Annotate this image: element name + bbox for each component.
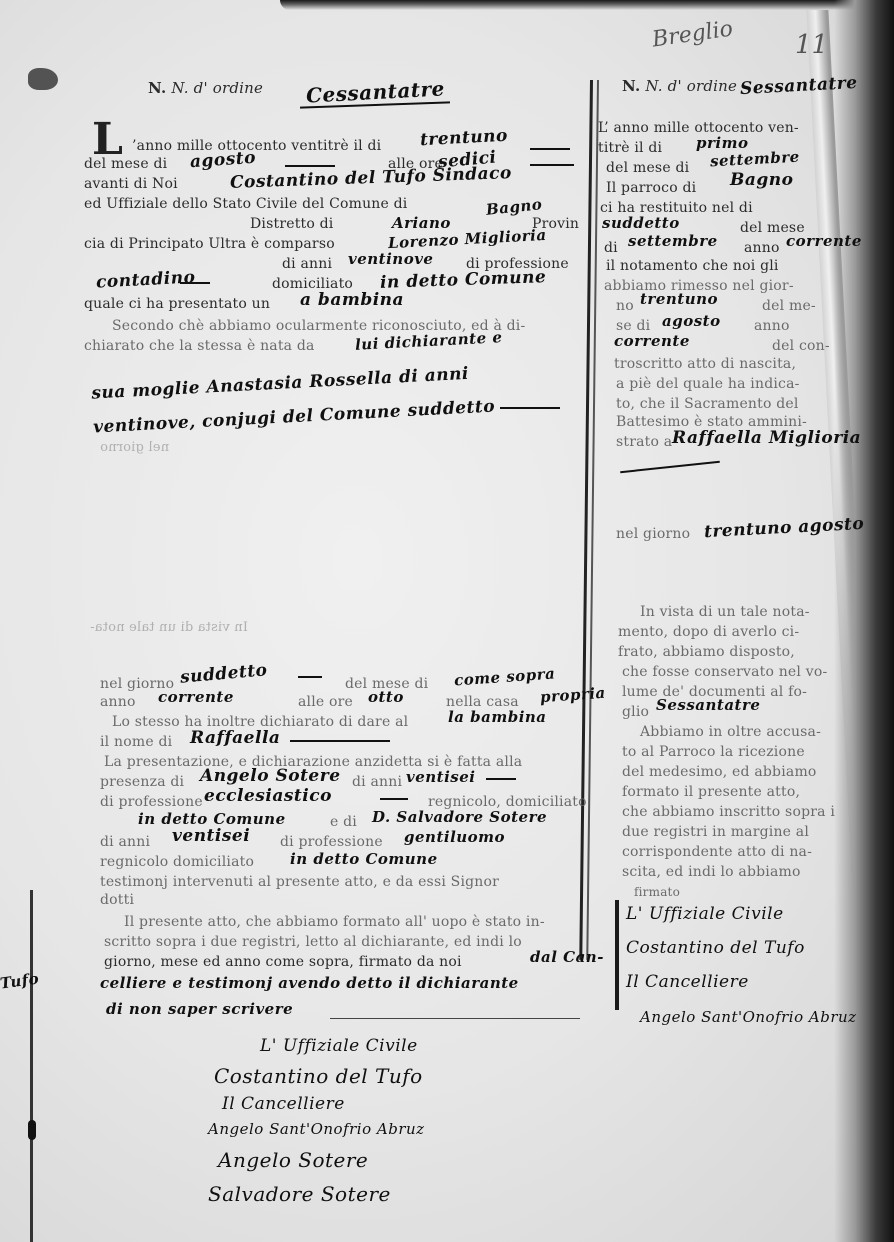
signature: Il Cancelliere — [222, 1094, 345, 1114]
handwritten-month: agosto — [189, 148, 256, 173]
printed-line: In vista di un tale nota- — [640, 604, 810, 620]
signature: L' Uffiziale Civile — [626, 904, 784, 924]
underline — [285, 165, 335, 167]
handwritten-domicile: in detto Comune — [380, 267, 547, 293]
handwritten-house: propria — [539, 684, 606, 707]
order-label: N. N. d' ordine — [148, 80, 263, 96]
printed-line: firmato — [634, 884, 680, 900]
printed-line: del con- — [772, 338, 830, 354]
document-page: Breglio 11 N. N. d' ordine Cessantatre L… — [0, 0, 894, 1242]
page-edge-shadow — [834, 0, 894, 1242]
bleed-through-text: In vista di un tale nota- — [90, 620, 248, 636]
handwritten-profession: contadino — [96, 267, 196, 292]
printed-line: to al Parroco la ricezione — [622, 744, 805, 760]
printed-line: scita, ed indi lo abbiamo — [622, 864, 801, 880]
printed-line: del mese di — [606, 160, 689, 176]
handwritten-witness1-profession: ecclesiastico — [204, 786, 332, 806]
printed-line: strato a — [616, 434, 672, 450]
printed-line: ed Uffiziale dello Stato Civile del Comu… — [84, 196, 408, 212]
ink-blot — [28, 68, 58, 90]
printed-line: di anni — [100, 834, 150, 850]
printed-line: di anni — [352, 774, 402, 790]
printed-line: presenza di — [100, 774, 184, 790]
printed-line: del medesimo, ed abbiamo — [622, 764, 817, 780]
printed-line: il notamento che noi gli — [606, 258, 779, 274]
printed-line: chiarato che la stessa è nata da — [84, 338, 315, 354]
handwritten-witness2-age: ventisei — [172, 826, 250, 846]
page-number: 11 — [795, 30, 828, 60]
handwritten-month: come sopra — [453, 664, 555, 689]
printed-line: e di — [330, 814, 357, 830]
handwritten-witness1-age: ventisei — [406, 768, 475, 786]
printed-line: avanti di Noi — [84, 176, 178, 192]
printed-line: Il parroco di — [606, 180, 696, 196]
signature: Angelo Sant'Onofrio Abruz — [208, 1120, 425, 1138]
printed-line: mento, dopo di averlo ci- — [618, 624, 799, 640]
printed-line: giorno, mese ed anno come sopra, firmato… — [104, 954, 462, 970]
underline — [180, 282, 210, 284]
archive-place-mark: Breglio — [651, 16, 735, 52]
printed-line: ’anno mille ottocento ventitrè il di — [132, 138, 381, 154]
printed-line: a piè del quale ha indica- — [616, 376, 800, 392]
handwritten-closing: di non saper scrivere — [106, 1000, 293, 1018]
printed-line: anno — [754, 318, 790, 334]
printed-line: di anni — [282, 256, 332, 272]
printed-line: cia di Principato Ultra è comparso — [84, 236, 335, 252]
column-rule — [615, 900, 619, 1010]
printed-line: formato il presente atto, — [622, 784, 800, 800]
ink-blot — [28, 1120, 36, 1140]
handwritten-closing: celliere e testimonj avendo detto il dic… — [100, 974, 519, 992]
underline — [290, 740, 390, 742]
binding-line — [30, 890, 33, 1242]
handwritten-closing: dal Can- — [530, 948, 604, 966]
printed-line: del me- — [762, 298, 816, 314]
handwritten-age: ventinove — [348, 250, 433, 268]
signature: Il Cancelliere — [626, 972, 749, 992]
printed-line: quale ci ha presentato un — [84, 296, 270, 312]
handwritten-baptized: Raffaella Miglioria — [672, 428, 861, 448]
handwritten-name: Raffaella — [190, 728, 280, 748]
handwritten-witness2-profession: gentiluomo — [404, 828, 505, 846]
handwritten-folio: Sessantatre — [656, 696, 760, 714]
signature: Angelo Sant'Onofrio Abruz — [640, 1008, 857, 1026]
signature: Salvadore Sotere — [208, 1182, 391, 1206]
underline — [486, 778, 516, 780]
handwritten-parents: sua moglie Anastasia Rossella di anni ve… — [91, 351, 574, 444]
handwritten-day: primo — [696, 134, 748, 152]
printed-line: Il presente atto, che abbiamo formato al… — [124, 914, 545, 930]
underline — [530, 148, 570, 150]
underline — [620, 461, 720, 473]
signature: Costantino del Tufo — [214, 1064, 423, 1088]
printed-line: di — [604, 240, 618, 256]
underline — [298, 676, 322, 678]
printed-line: scritto sopra i due registri, letto al d… — [104, 934, 522, 950]
printed-line: glio — [622, 704, 649, 720]
handwritten-mayor: Costantino del Tufo Sindaco — [230, 163, 512, 193]
printed-line: di professione — [100, 794, 203, 810]
handwritten-return-year: corrente — [786, 232, 862, 250]
underline — [330, 1018, 580, 1019]
signature: Costantino del Tufo — [626, 938, 805, 958]
printed-line: troscritto atto di nascita, — [614, 356, 796, 372]
underline — [530, 164, 574, 166]
handwritten-child: la bambina — [448, 708, 547, 726]
underline — [380, 798, 408, 800]
signature: Angelo Sotere — [218, 1148, 368, 1172]
printed-line: testimonj intervenuti al presente atto, … — [100, 874, 499, 890]
printed-line: che abbiamo inscritto sopra i — [622, 804, 835, 820]
handwritten-hour: otto — [368, 688, 404, 706]
handwritten-return-month: settembre — [628, 232, 718, 250]
page-top-shadow — [280, 0, 860, 10]
printed-line: due registri in margine al — [622, 824, 809, 840]
handwritten-return-day: suddetto — [602, 214, 680, 232]
underline — [500, 407, 560, 409]
handwritten-parish: Bagno — [730, 170, 793, 190]
handwritten-notice-day: trentuno — [640, 290, 718, 308]
printed-line: frato, abbiamo disposto, — [618, 644, 795, 660]
handwritten-district: Ariano — [392, 214, 451, 232]
printed-line: anno — [744, 240, 780, 256]
handwritten-witness2: D. Salvadore Sotere — [372, 808, 547, 826]
handwritten-presented: a bambina — [300, 290, 404, 310]
margin-note: Tufo — [0, 969, 40, 992]
handwritten-notice-year: corrente — [614, 332, 690, 350]
handwritten-witness1: Angelo Sotere — [200, 766, 341, 786]
printed-line: titrè il di — [598, 140, 662, 156]
printed-line: Abbiamo in oltre accusa- — [640, 724, 821, 740]
printed-line: nel giorno — [616, 526, 690, 542]
handwritten-day: suddetto — [179, 660, 268, 688]
printed-line: che fosse conservato nel vo- — [622, 664, 827, 680]
printed-line: to, che il Sacramento del — [616, 396, 799, 412]
handwritten-notice-month: agosto — [662, 312, 721, 330]
printed-line: alle ore — [298, 694, 353, 710]
printed-line: Distretto di — [250, 216, 333, 232]
handwritten-month: settembre — [710, 148, 801, 171]
printed-line: dotti — [100, 892, 134, 908]
signature: L' Uffiziale Civile — [260, 1036, 418, 1056]
handwritten-witness2-domicile: in detto Comune — [290, 850, 438, 868]
printed-line: regnicolo domiciliato — [100, 854, 254, 870]
bleed-through-text: nel giorno — [100, 440, 169, 456]
handwritten-year: corrente — [158, 688, 234, 706]
printed-line: no — [616, 298, 634, 314]
printed-line: anno — [100, 694, 136, 710]
printed-line: del mese di — [84, 156, 167, 172]
order-label: N. N. d' ordine — [622, 78, 737, 94]
printed-line: corrispondente atto di na- — [622, 844, 812, 860]
printed-line: di professione — [280, 834, 383, 850]
printed-line: il nome di — [100, 734, 172, 750]
